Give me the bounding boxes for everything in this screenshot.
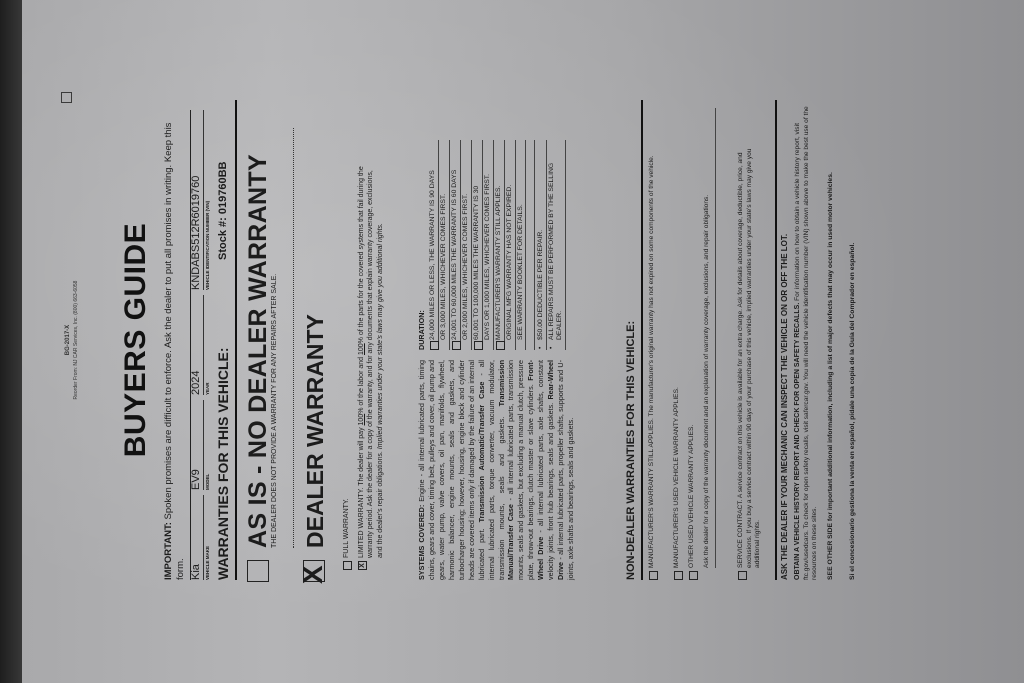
- duration-line: 24,001 TO 60,000 MILES THE WARRANTY IS 6…: [451, 170, 458, 340]
- non-dealer-item-2: MANUFACTURER'S USED VEHICLE WARRANTY APP…: [673, 108, 682, 568]
- check-x-icon: X: [359, 563, 366, 568]
- duration-checkbox-3[interactable]: [474, 341, 483, 350]
- systems-covered: SYSTEMS COVERED: Engine - all internal l…: [417, 360, 576, 580]
- vin-value: KNDABS512R6019760: [190, 110, 203, 290]
- limited-warranty-text: LIMITED WARRANTY. The dealer will pay 10…: [357, 158, 385, 558]
- x-mark-icon: X: [299, 565, 327, 584]
- vehicle-info-row: Kia VEHICLE MAKE EV9 MODEL 2024 YEAR KND…: [190, 80, 216, 580]
- limited-mid: % of the labor and: [358, 357, 365, 414]
- duration-checkbox-2[interactable]: [452, 341, 461, 350]
- non-dealer-heading: NON-DEALER WARRANTIES FOR THIS VEHICLE:: [625, 100, 643, 580]
- systems-label: SYSTEMS COVERED:: [417, 505, 426, 580]
- vehicle-year-value: 2024: [190, 295, 203, 395]
- non-dealer-label: MANUFACTURER'S WARRANTY STILL APPLIES.: [648, 418, 655, 568]
- duration-option-3: 60,001 TO 100,000 MILES THE WARRANTY IS …: [473, 140, 483, 350]
- non-dealer-checkbox-2[interactable]: [674, 571, 683, 580]
- buyers-guide-form: BG-2017-X Reorder From: NJ CAR Services,…: [65, 80, 855, 600]
- divider-dotted: [293, 128, 294, 548]
- non-dealer-text: The manufacturer's original warranty has…: [648, 155, 655, 416]
- service-contract-text: SERVICE CONTRACT. A service contract on …: [737, 148, 763, 568]
- as-is-checkbox[interactable]: [247, 560, 269, 582]
- obtain-history: OBTAIN A VEHICLE HISTORY REPORT AND CHEC…: [793, 100, 820, 580]
- repairs-note: ALL REPAIRS MUST BE PERFORMED BY THE SEL…: [548, 140, 566, 350]
- duration-option-2: 24,001 TO 60,000 MILES THE WARRANTY IS 6…: [451, 140, 461, 350]
- parts-percent: 100: [358, 343, 365, 355]
- duration-label: DURATION:: [417, 140, 426, 350]
- dealer-warranty-title: DEALER WARRANTY: [301, 314, 330, 548]
- important-text: Spoken promises are difficult to enforce…: [163, 123, 186, 580]
- non-dealer-checkbox-1[interactable]: [649, 571, 658, 580]
- non-dealer-item-1: MANUFACTURER'S WARRANTY STILL APPLIES. T…: [648, 108, 657, 568]
- vehicle-model-field: EV9 MODEL: [190, 400, 214, 490]
- vehicle-year-label: YEAR: [203, 295, 211, 395]
- background-edge: [0, 0, 24, 683]
- transmission-auto-label: Transmission Automatic/Transfer Case: [477, 382, 486, 523]
- engine-text: - all internal lubricated parts, timing …: [417, 360, 486, 580]
- vin-field: KNDABS512R6019760 VEHICLE IDENTIFICATION…: [190, 110, 214, 290]
- duration-line: OR 3,000 MILES, WHICHEVER COMES FIRST.: [440, 140, 449, 350]
- vehicle-model-value: EV9: [190, 400, 203, 490]
- vehicle-make-label: VEHICLE MAKE: [203, 495, 211, 580]
- duration-option-4: MANUFACTURER'S WARRANTY STILL APPLIES.: [495, 140, 505, 350]
- duration-line: 60,001 TO 100,000 MILES THE WARRANTY IS …: [473, 186, 480, 340]
- duration-line: OR 2,000 MILES, WHICHEVER COMES FIRST.: [462, 140, 471, 350]
- spanish-notice: Si el concesionario gestiona la venta en…: [849, 100, 857, 580]
- vehicle-year-field: 2024 YEAR: [190, 295, 214, 395]
- vehicle-model-label: MODEL: [203, 400, 211, 490]
- important-label: IMPORTANT:: [163, 522, 174, 580]
- important-notice: IMPORTANT: Spoken promises are difficult…: [163, 110, 191, 580]
- implied-warranties: Implied warranties under your state's la…: [377, 223, 384, 449]
- as-is-title: AS IS - NO DEALER WARRANTY: [243, 154, 274, 548]
- non-dealer-checkbox-3[interactable]: [689, 571, 698, 580]
- engine-label: Engine: [417, 479, 426, 501]
- duration-line: SEE WARRANTY BOOKLET FOR DETAILS.: [517, 140, 526, 350]
- divider: [527, 140, 535, 350]
- deductible-note: $50.00 DEDUCTIBLE PER REPAIR.: [537, 140, 546, 350]
- form-code: BG-2017-X: [65, 80, 73, 600]
- duration-option-1: 24,000 MILES OR LESS, THE WARRANTY IS 90…: [429, 140, 439, 350]
- obtain-bold: OBTAIN A VEHICLE HISTORY REPORT AND CHEC…: [794, 303, 801, 580]
- stock-value: 019760BB: [217, 162, 229, 215]
- non-dealer-item-3: OTHER USED VEHICLE WARRANTY APPLIES.: [688, 108, 697, 568]
- duration-section: DURATION: 24,000 MILES OR LESS, THE WARR…: [417, 140, 567, 350]
- form-id: BG-2017-X Reorder From: NJ CAR Services,…: [65, 80, 79, 600]
- vehicle-make-field: Kia VEHICLE MAKE: [190, 495, 214, 580]
- reorder-info: Reorder From: NJ CAR Services, Inc. (800…: [73, 281, 79, 400]
- vin-label: VEHICLE IDENTIFICATION NUMBER (VIN): [203, 110, 211, 290]
- ask-mechanic: ASK THE DEALER IF YOUR MECHANIC CAN INSP…: [775, 100, 790, 580]
- duration-checkbox-4[interactable]: [496, 341, 505, 350]
- full-warranty-label: FULL WARRANTY.: [343, 498, 352, 558]
- limited-warranty-checkbox[interactable]: X: [358, 561, 367, 570]
- page-title: BUYERS GUIDE: [117, 80, 155, 600]
- limited-prefix: LIMITED WARRANTY. The dealer will pay: [358, 427, 365, 558]
- as-is-subtitle: THE DEALER DOES NOT PROVIDE A WARRANTY F…: [271, 274, 280, 548]
- stock-label: Stock #:: [217, 217, 229, 260]
- service-contract-checkbox[interactable]: [738, 571, 747, 580]
- labor-percent: 100: [358, 414, 365, 426]
- duration-line: 24,000 MILES OR LESS, THE WARRANTY IS 90…: [429, 170, 436, 340]
- non-dealer-ask: Ask the dealer for a copy of the warrant…: [703, 108, 716, 568]
- duration-line: ORIGINAL MFG WARRANTY HAS NOT EXPIRED.: [506, 140, 515, 350]
- duration-line: MANUFACTURER'S WARRANTY STILL APPLIES.: [495, 186, 502, 340]
- stock-number: Stock #: 019760BB: [217, 162, 231, 260]
- rwd-text: - all internal lubricated parts, propell…: [556, 360, 575, 580]
- vehicle-make-value: Kia: [190, 495, 203, 580]
- duration-line: DAYS OR 1,000 MILES, WHICHEVER COMES FIR…: [484, 140, 493, 350]
- duration-checkbox-1[interactable]: [430, 341, 439, 350]
- see-other-side: SEE OTHER SIDE for important additional …: [827, 100, 836, 580]
- full-warranty-checkbox[interactable]: [343, 561, 352, 570]
